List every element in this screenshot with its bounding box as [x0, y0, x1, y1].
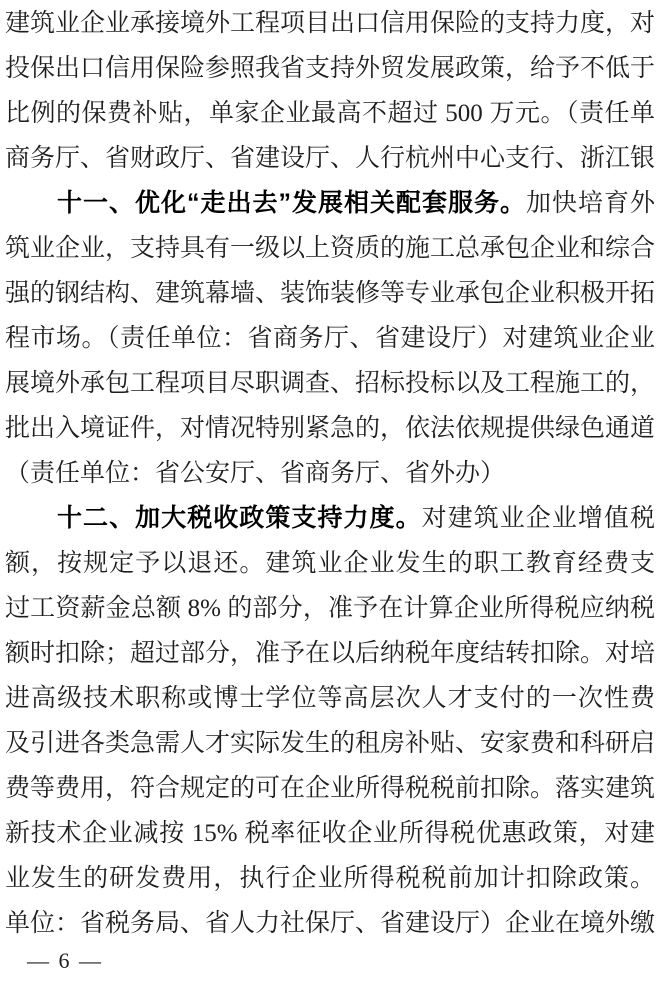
line-text: 进高级技术职称或博士学位等高层次人才支付的一次性费用，以	[5, 685, 655, 721]
document-line: 展境外承包工程项目尽职调查、招标投标以及工程施工的，及时审	[5, 361, 655, 406]
line-text: 投保出口信用保险参照我省支持外贸发展政策，给予不低于 50%	[5, 55, 655, 91]
document-body: 建筑业企业承接境外工程项目出口信用保险的支持力度，对企业 投保出口信用保险参照我…	[5, 1, 655, 946]
document-line: 费等费用，符合规定的可在企业所得税税前扣除。落实建筑业高	[5, 766, 655, 811]
line-text: 比例的保费补贴，单家企业最高不超过 500 万元。（责任单位：省	[5, 100, 655, 136]
document-line: 强的钢结构、建筑幕墙、装饰装修等专业承包企业积极开拓国际工	[5, 271, 655, 316]
section-heading: 十二、加大税收政策支持力度。	[57, 504, 422, 532]
line-text: 过工资薪金总额 8% 的部分，准予在计算企业所得税应纳税所得	[5, 595, 655, 631]
line-text: （责任单位：省公安厅、省商务厅、省外办）	[5, 460, 505, 487]
line-text: 及引进各类急需人才实际发生的租房补贴、安家费和科研启动经	[5, 730, 655, 766]
document-line: 单位：省税务局、省人力社保厅、省建设厅）企业在境外缴纳的企	[5, 901, 655, 946]
page-footer: — 6 —	[5, 946, 655, 980]
document-line: 程市场。（责任单位：省商务厅、省建设厅）对建筑业企业出国开	[5, 316, 655, 361]
line-text: 新技术企业减按 15% 税率征收企业所得税优惠政策，对建筑业企	[5, 820, 655, 856]
line-text: 展境外承包工程项目尽职调查、招标投标以及工程施工的，及时审	[5, 370, 655, 406]
line-text: 程市场。（责任单位：省商务厅、省建设厅）对建筑业企业出国开	[5, 325, 655, 361]
document-line: 批出入境证件，对情况特别紧急的，依法依规提供绿色通道便利。	[5, 406, 655, 451]
document-line: 新技术企业减按 15% 税率征收企业所得税优惠政策，对建筑业企	[5, 811, 655, 856]
section-heading: 十一、优化“走出去”发展相关配套服务。	[57, 189, 526, 217]
line-text: 单位：省税务局、省人力社保厅、省建设厅）企业在境外缴纳的企	[5, 910, 655, 946]
document-line: 额时扣除；超过部分，准予在以后纳税年度结转扣除。对培育、引	[5, 631, 655, 676]
document-line: 进高级技术职称或博士学位等高层次人才支付的一次性费用，以	[5, 676, 655, 721]
document-line: 比例的保费补贴，单家企业最高不超过 500 万元。（责任单位：省	[5, 91, 655, 136]
document-line: 过工资薪金总额 8% 的部分，准予在计算企业所得税应纳税所得	[5, 586, 655, 631]
line-text: 业发生的研发费用，执行企业所得税税前加计扣除政策。（责任	[5, 865, 655, 901]
document-line: 及引进各类急需人才实际发生的租房补贴、安家费和科研启动经	[5, 721, 655, 766]
document-line: （责任单位：省公安厅、省商务厅、省外办）	[5, 451, 655, 496]
document-line: 筑业企业，支持具有一级以上资质的施工总承包企业和综合实力	[5, 226, 655, 271]
document-line: 十一、优化“走出去”发展相关配套服务。加快培育外向型建	[5, 181, 655, 226]
document-line: 额，按规定予以退还。建筑业企业发生的职工教育经费支出，不超	[5, 541, 655, 586]
document-page: 建筑业企业承接境外工程项目出口信用保险的支持力度，对企业 投保出口信用保险参照我…	[0, 0, 660, 981]
document-line: 十二、加大税收政策支持力度。对建筑业企业增值税留抵税	[5, 496, 655, 541]
line-text: 商务厅、省财政厅、省建设厅、人行杭州中心支行、浙江银保监局）	[5, 145, 655, 181]
line-text: 费等费用，符合规定的可在企业所得税税前扣除。落实建筑业高	[5, 775, 655, 811]
document-line: 建筑业企业承接境外工程项目出口信用保险的支持力度，对企业	[5, 1, 655, 46]
document-line: 商务厅、省财政厅、省建设厅、人行杭州中心支行、浙江银保监局）	[5, 136, 655, 181]
line-text: 额时扣除；超过部分，准予在以后纳税年度结转扣除。对培育、引	[5, 640, 655, 676]
document-line: 业发生的研发费用，执行企业所得税税前加计扣除政策。（责任	[5, 856, 655, 901]
page-number: — 6 —	[27, 948, 103, 973]
line-text: 强的钢结构、建筑幕墙、装饰装修等专业承包企业积极开拓国际工	[5, 280, 655, 316]
line-text: 筑业企业，支持具有一级以上资质的施工总承包企业和综合实力	[5, 235, 655, 271]
line-text: 额，按规定予以退还。建筑业企业发生的职工教育经费支出，不超	[5, 550, 655, 586]
line-text: 建筑业企业承接境外工程项目出口信用保险的支持力度，对企业	[5, 10, 655, 46]
line-text: 批出入境证件，对情况特别紧急的，依法依规提供绿色通道便利。	[5, 415, 655, 451]
document-line: 投保出口信用保险参照我省支持外贸发展政策，给予不低于 50%	[5, 46, 655, 91]
